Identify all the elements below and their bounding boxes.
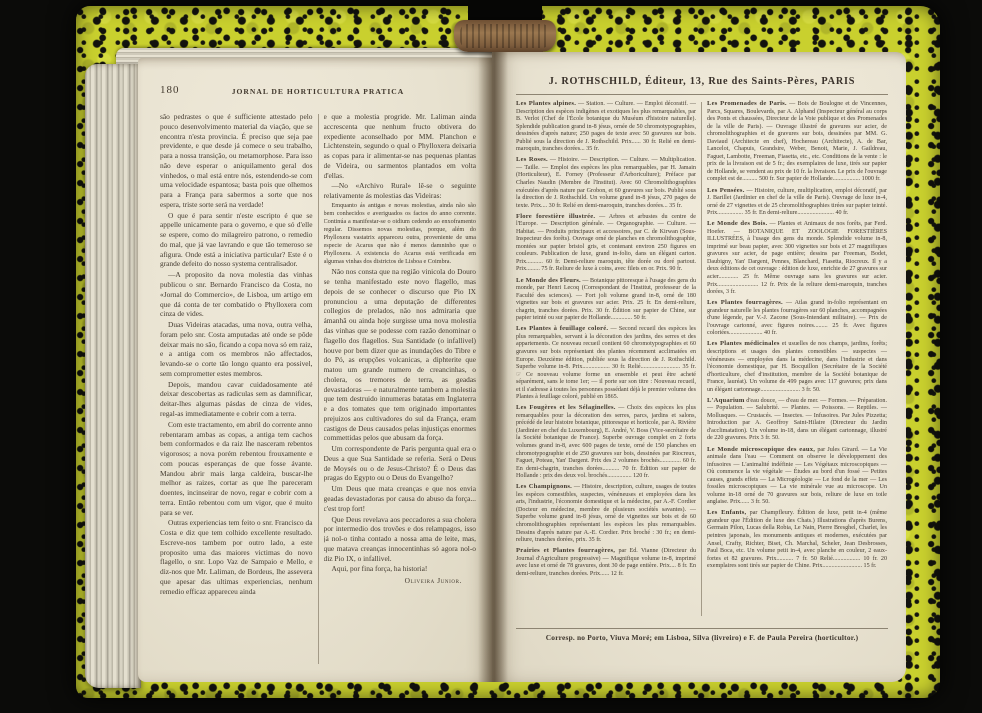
catalog-entry-text: — Histoire. — Description. — Culture. — … [516,157,696,208]
catalog-entry-title: Les Pensées. [707,187,745,194]
catalog-entry-text: et usuelles de nos champs, jardins, forê… [707,341,887,392]
catalog-entry-text: par Jules Girard. — La Vie animale dans … [707,447,887,506]
catalog-entry-title: Le Monde des Fleurs. [516,277,581,284]
catalog-entry-text: d'eau douce, — d'eau de mer. — Formes. —… [707,398,887,442]
paragraph: Com este tractamento, em abril do corren… [160,420,313,518]
paragraph: Emquanto ás antigas e novas molestias, a… [324,202,477,267]
catalog-entry-text: — Arbres et arbustes du centre de l'Euro… [516,214,696,273]
catalog-entry-title: Le Monde microscopique des eaux, [707,446,815,453]
catalog-entry: Les Enfants, par Champfleury. Édition de… [707,509,887,570]
catalog-entry-title: Les Plantes alpines. [516,100,576,107]
catalog-entry: Le Monde des Fleurs. — Botanique pittore… [516,277,696,323]
photo-background: 180 JORNAL DE HORTICULTURA PRATICA são p… [0,0,982,713]
paragraph: Oliveira Junior. [324,576,477,586]
catalog-entry-text: — Station. — Culture. — Emploi décoratif… [516,101,696,152]
catalog-entry-text: — Botanique pittoresque à l'usage des ge… [516,278,696,322]
catalog-entry-text: par Champfleury. Édition de luxe, petit … [707,510,887,569]
paragraph: Um Deus que mata creanças e que nos envi… [324,484,477,513]
header-rule [516,94,888,95]
column-divider [701,102,702,616]
catalog-entry: Les Champignons. — Histoire, description… [516,483,696,544]
catalog-entry: Flore forestière illustrée. — Arbres et … [516,213,696,274]
column-divider [318,114,319,664]
catalog-entry: Les Fougères et les Sélaginelles. — Choi… [516,404,696,480]
catalog-entry: Les Pensées. — Histoire, culture, multip… [707,187,887,218]
catalog-entry-text: — Bois de Boulogne et de Vincennes, Parc… [707,101,887,182]
catalog-entry-title: Les Champignons. [516,483,572,490]
paragraph: —No «Archivo Rural» lê-se o seguinte rel… [324,181,477,201]
catalog-entry-title: Les Plantes à feuillage coloré. [516,325,608,332]
catalog-entry: Le Monde des Bois. — Plantes et Animaux … [707,220,887,296]
paragraph: Depois, mandou cavar cuidadosamente até … [160,380,313,419]
correspondents-line: Corresp. no Porto, Viuva Moré; em Lisboa… [516,633,888,642]
left-page-header: 180 JORNAL DE HORTICULTURA PRATICA [160,84,476,106]
running-title: JORNAL DE HORTICULTURA PRATICA [160,87,476,96]
catalog-entry: Les Promenades de Paris. — Bois de Boulo… [707,100,887,184]
catalog-entry-title: Les Plantes fourragères. [707,299,783,306]
left-page-columns: são pedrastes o que é sufficiente attest… [160,112,476,672]
catalog-entry-title: Les Roses. [516,156,548,163]
catalog-column-2: Les Promenades de Paris. — Bois de Boulo… [707,100,887,624]
left-page-content: 180 JORNAL DE HORTICULTURA PRATICA são p… [160,84,476,662]
catalog-entry-text: — Plantes et Animaux de nos forêts, par … [707,221,887,295]
catalog-entry-title: Les Plantes médicinales [707,340,780,347]
paragraph: e que a molestia progride. Mr. Laliman a… [324,112,477,180]
catalog-entry-title: Les Enfants, [707,509,746,516]
catalog-entry-title: Les Promenades de Paris. [707,100,787,107]
paragraph: Que Deus revelava aos peccadores a sua c… [324,515,477,564]
paragraph: Outras experiencias tem feito o snr. Fra… [160,518,313,596]
catalog-entry: Les Plantes fourragères. — Atlas grand i… [707,299,887,338]
catalog-entry: Prairies et Plantes fourragères, par Ed.… [516,547,696,578]
catalog-entry-title: Flore forestière illustrée. [516,213,595,220]
catalog-entry: Les Roses. — Histoire. — Description. — … [516,156,696,210]
right-page-content: J. ROTHSCHILD, Éditeur, 13, Rue des Sain… [516,76,888,668]
paragraph: —A proposito da nova molestia das vinhas… [160,270,313,319]
book-cover: 180 JORNAL DE HORTICULTURA PRATICA são p… [76,6,940,698]
catalog-entry: L'Aquarium d'eau douce, — d'eau de mer. … [707,397,887,443]
paragraph: O que é para sentir n'este escripto é qu… [160,211,313,270]
spine-headband [454,20,556,52]
paragraph: Um correspondente de Paris pergunta qual… [324,444,477,483]
catalog-entry-text: — Choix des espèces les plus remarquable… [516,405,696,479]
catalog-entry-text: — Histoire, description, culture, usages… [516,484,696,543]
left-page-column-1: são pedrastes o que é sufficiente attest… [160,112,313,672]
catalog-entry: Les Plantes alpines. — Station. — Cultur… [516,100,696,154]
catalog-entry-title: Prairies et Plantes fourragères, [516,547,615,554]
catalog-columns: Les Plantes alpines. — Station. — Cultur… [516,100,888,624]
paragraph: são pedrastes o que é sufficiente attest… [160,112,313,210]
footer-rule [516,628,888,629]
left-page: 180 JORNAL DE HORTICULTURA PRATICA são p… [138,58,492,682]
publisher-header: J. ROTHSCHILD, Éditeur, 13, Rue des Sain… [516,76,888,87]
paragraph: Aqui, por fina força, ha historia! [324,564,477,574]
catalog-entry-title: L'Aquarium [707,397,745,404]
catalog-entry-text: — Second recueil des espèces les plus re… [516,326,696,400]
catalog-entry-title: Le Monde des Bois. [707,220,767,227]
catalog-entry: Le Monde microscopique des eaux, par Jul… [707,446,887,507]
catalog-entry: Les Plantes médicinales et usuelles de n… [707,340,887,394]
paragraph: Duas Videiras atacadas, uma nova, outra … [160,320,313,379]
left-page-column-2: e que a molestia progride. Mr. Laliman a… [324,112,477,672]
page-edges-left [85,64,141,688]
paragraph: Não nos consta que na região vinicola do… [324,267,477,443]
catalog-entry: Les Plantes à feuillage coloré. — Second… [516,325,696,401]
catalog-column-1: Les Plantes alpines. — Station. — Cultur… [516,100,696,624]
right-page: J. ROTHSCHILD, Éditeur, 13, Rue des Sain… [492,52,906,682]
catalog-entry-title: Les Fougères et les Sélaginelles. [516,404,616,411]
